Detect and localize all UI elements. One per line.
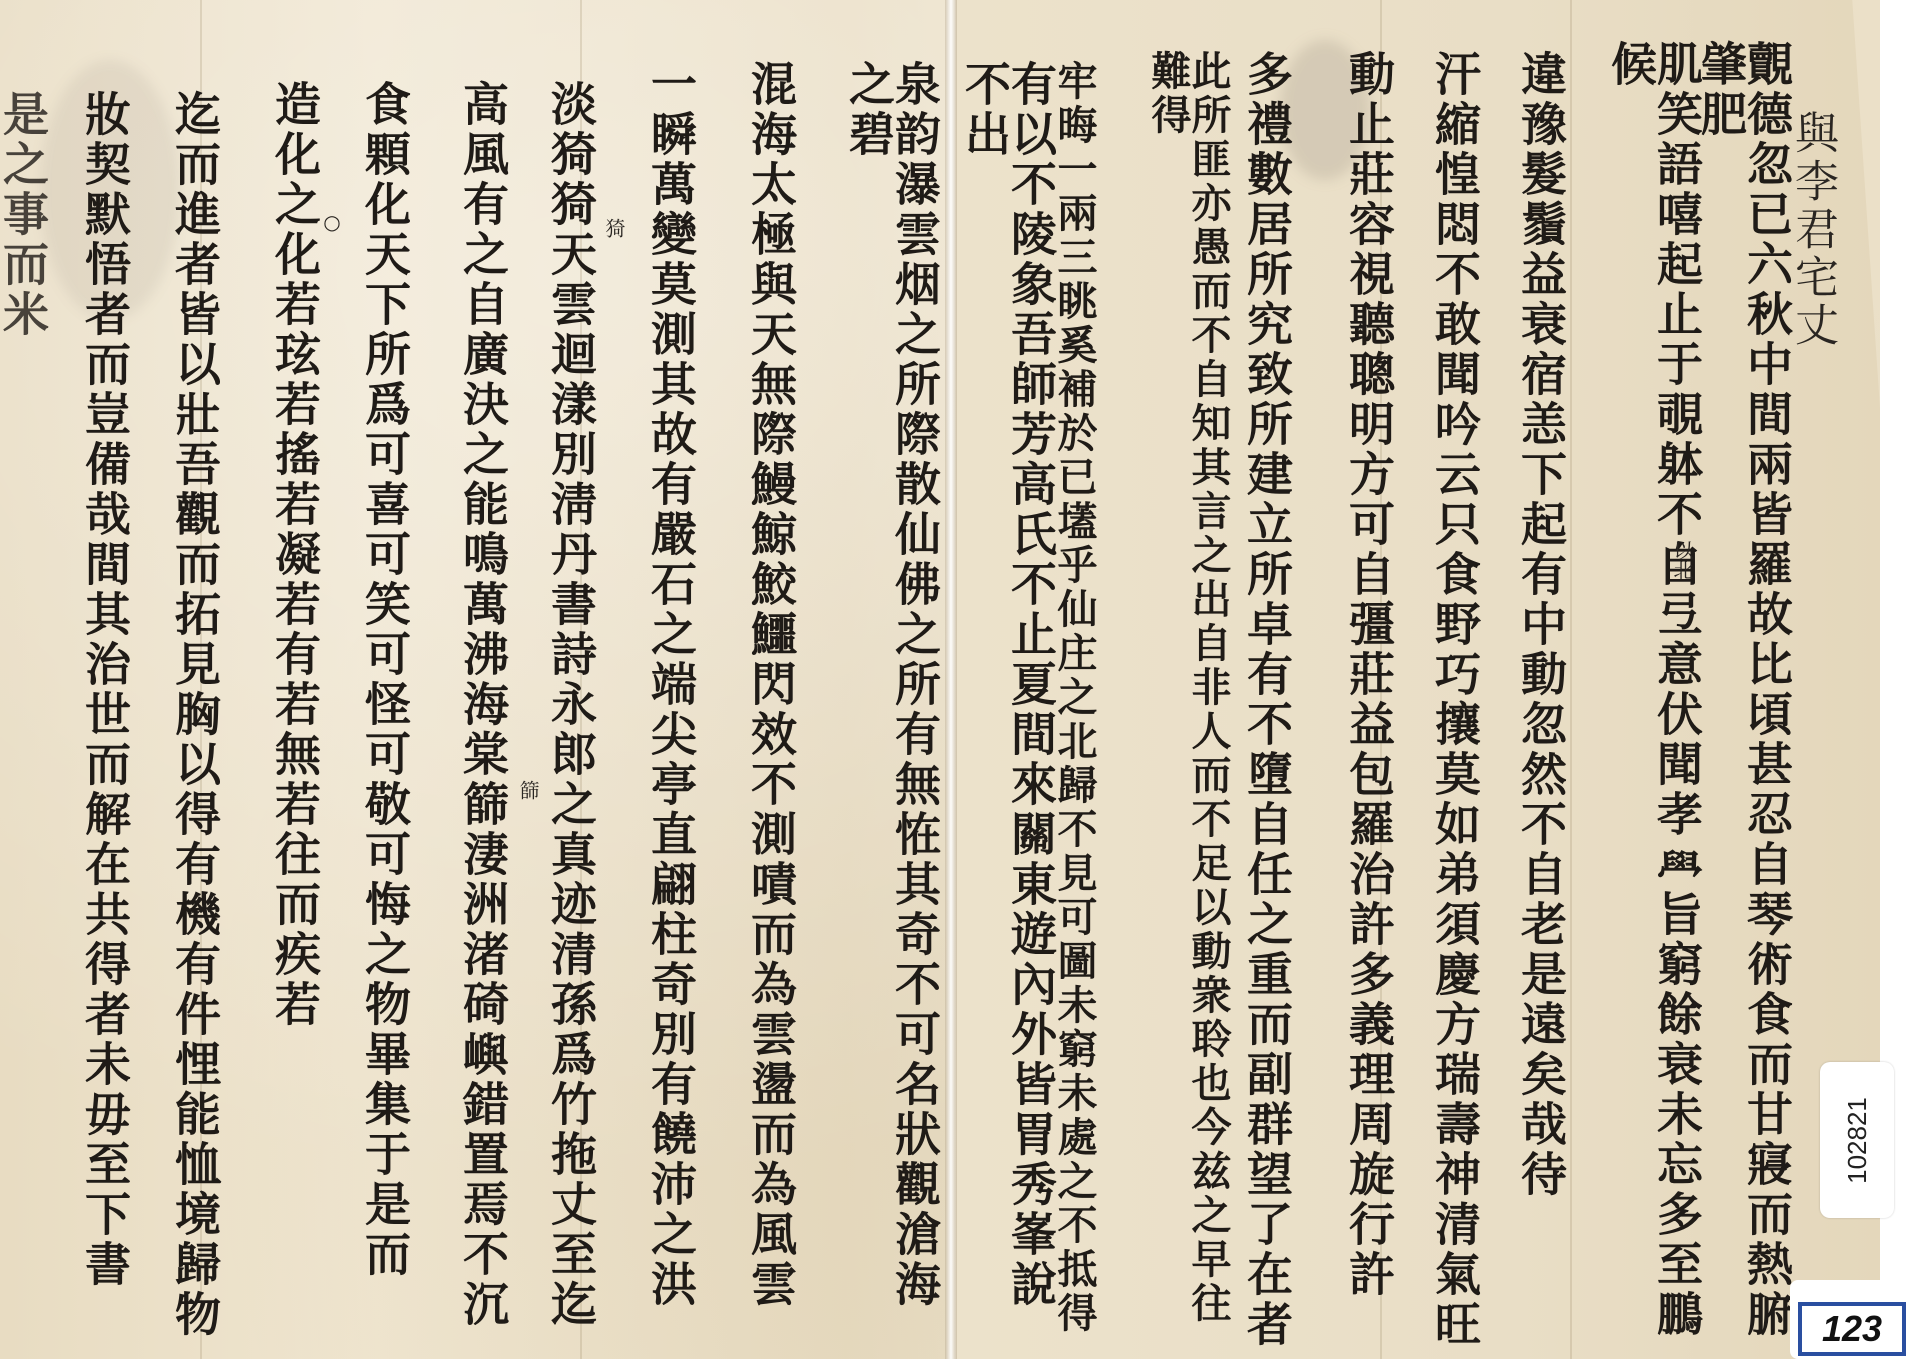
page-number-sticker: 123 bbox=[1790, 1280, 1910, 1359]
text-column-15: 食顆化天下所爲可喜可笑可怪可敬可悔之物畢集于是而 bbox=[362, 80, 408, 1280]
marginal-note: 猗 bbox=[600, 218, 629, 238]
text-column-17: 迄而進者皆以壯吾觀而拓見胸以得有機有件悝能恤境歸物 bbox=[172, 90, 218, 1340]
marginal-note: 以北 bbox=[1668, 540, 1697, 580]
fold-line bbox=[1570, 0, 1572, 1359]
marginal-note: 篩 bbox=[514, 780, 543, 800]
text-column-9: 有以不陵象吾師芳高氏不止夏間來關東遊內外皆胃秀峯說不出 bbox=[962, 60, 1054, 1359]
paper-seam bbox=[945, 0, 957, 1359]
letter-title: 與李君宅丈 bbox=[1790, 110, 1834, 350]
text-column-5: 動止莊容視聽聰明方可自彊莊益包羅治許多義理周旋行許 bbox=[1346, 50, 1392, 1300]
text-column-2: 肌笑語嘻起止于覗躰不自弖意伏聞孝𦥯旨窮餘衰未忘多至鵬候 bbox=[1608, 40, 1700, 1359]
text-column-18: 妝契默悟者而豈備哉間其治世而解在共得者未毋至下書 bbox=[82, 90, 128, 1290]
text-column-13: 淡猗猗天雲迴漾別淸丹書詩永郎之真迹清孫爲竹拖丈至迄 bbox=[548, 80, 594, 1330]
text-column-6: 多禮數居所究致所建立所卓有不墮自任之重而副群望了在者 bbox=[1244, 50, 1290, 1350]
text-column-19-partial: 是之事而米 bbox=[0, 90, 46, 340]
text-column-3: 違豫髮鬚益衰宿恙下起有中動忽然不自老是遠矣哉待 bbox=[1518, 50, 1564, 1200]
text-column-10: 泉韵瀑雲烟之所際散仙佛之所有無恠其奇不可名狀觀滄海之碧 bbox=[846, 60, 938, 1359]
text-column-7: 此所匪亦愚而不自知其言之出自非人而不足以動衆聆也今兹之早往難得 bbox=[1148, 50, 1228, 1359]
catalog-id: 102821 bbox=[1842, 1097, 1873, 1184]
text-column-12: 一瞬萬變莫測其故有嚴石之端尖亭直翩柱奇別有饒沛之洪 bbox=[648, 60, 694, 1310]
text-column-16: 造化之化若玹若搖若凝若有若無若往而疾若 bbox=[272, 80, 318, 1030]
page-number: 123 bbox=[1798, 1302, 1906, 1356]
text-column-11: 混海太極與天無際鰻鯨鮫鱷閃效不測嘖而為雲盪而為風雲 bbox=[748, 60, 794, 1310]
marginal-note: ○ bbox=[320, 210, 344, 234]
text-column-1: 覿德忽已六秋中間兩皆羅故比頃甚忍自琴術食而甘寢而熱腑肇肥 bbox=[1698, 40, 1790, 1359]
text-column-8: 牢晦一兩三眺奚補於已壒乎仙庄之北歸不見可圖未窮未處之不抵得 bbox=[1054, 60, 1094, 1336]
text-column-14: 高風有之自廣決之能鳴萬沸海棠篩淒洲渚碕嶼錯置焉不沉 bbox=[460, 80, 506, 1330]
text-column-4: 汗縮惶悶不敢聞吟云只食野巧攘莫如弟須慶方瑞壽神清氣旺 bbox=[1432, 50, 1478, 1350]
catalog-id-sticker: 102821 bbox=[1820, 1062, 1894, 1218]
